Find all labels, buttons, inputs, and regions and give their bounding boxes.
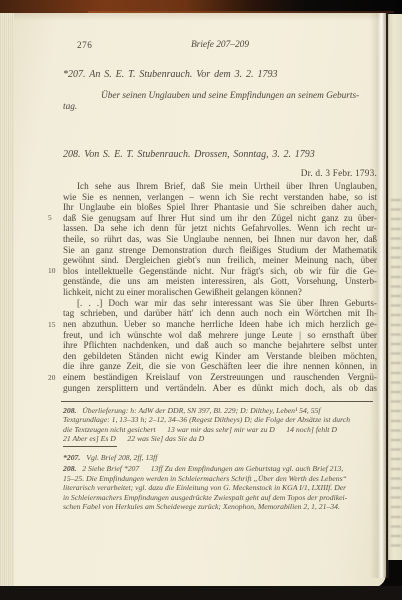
book-cover-bottom-strip: [0, 586, 402, 600]
letter-207-heading: *207. An S. E. T. Stubenrauch. Vor dem 3…: [63, 69, 277, 80]
body-line: freut, und ich wünschte wol daß mehrere …: [63, 330, 377, 341]
letter-body: Ich sehe aus Ihrem Brief, daß Sie mein U…: [63, 181, 377, 393]
line-number: 10: [48, 266, 60, 276]
footnote-separator: [63, 446, 117, 447]
body-line: 20einem beständigen Kreislauf von Zerstr…: [63, 372, 377, 383]
footnote-208-line: literarisch verarbeitet; vgl. dazu die E…: [63, 483, 385, 493]
body-line: genstände, die uns am meisten interessir…: [63, 276, 377, 287]
body-line: lassen. Da sehe ich denn für jetzt nicht…: [63, 223, 377, 234]
apparatus-line-label: 208.: [63, 406, 82, 415]
apparatus-rule: [61, 401, 373, 402]
line-number: 5: [48, 213, 60, 223]
book-page: 276 Briefe 207–209 *207. An S. E. T. Stu…: [14, 12, 386, 588]
footnote-208-line: in Schleiermachers Empfindungen ausgedrü…: [63, 493, 385, 503]
apparatus-line: 21 Aber es] Es D 22 was Sie] das Sie da …: [63, 434, 385, 443]
footnote-208-line: 208. 2 Siehe Brief *207 13ff Zu den Empf…: [63, 464, 385, 474]
line-number: 20: [48, 373, 60, 383]
letter-208-dateline: Dr. d. 3 Febr. 1793.: [63, 169, 377, 179]
body-line: die ihre ganze Zeit, die sie von Geschäf…: [63, 361, 377, 372]
apparatus-line: die Textzeugen nicht gesichert 13 war mi…: [63, 425, 385, 434]
gutter-shadow: [370, 12, 389, 578]
body-line: 10blos intellektuelle Gegenstände nicht.…: [63, 266, 377, 277]
apparatus-block: 208. Überlieferung: h: AdW der DDR, SN 3…: [63, 406, 385, 444]
book-cover-top-strip: [0, 0, 402, 13]
letter-207-summary: Über seinen Unglauben und seine Empfindu…: [63, 91, 377, 113]
body-line: ihre Pflichten nachdenken, und daß auch …: [63, 340, 377, 351]
line-number: 15: [48, 320, 60, 330]
footnote-208-line-label: 208.: [63, 464, 82, 473]
apparatus-line: Textgrundlage: 1, 13–33 h; 2–12, 34–36 (…: [63, 415, 385, 424]
body-line: wie Sie es nennen, verlangen – wenn ich …: [63, 192, 377, 203]
running-head: Briefe 207–209: [63, 40, 377, 50]
footnote-207: *207.Vgl. Brief 208, 2ff, 13ff: [63, 453, 157, 462]
body-line: gewöhnt sind. Dergleichen giebt's nun fr…: [63, 255, 377, 266]
body-line: Ich sehe aus Ihrem Brief, daß Sie mein U…: [63, 181, 377, 192]
body-line: 5daß Sie genugsam auf Ihrer Hut sind um …: [63, 213, 377, 224]
body-line: gungen zersplittern und vertändeln. Aber…: [63, 383, 377, 394]
footnote-207-label: *207.: [63, 453, 80, 462]
footnote-208-line: schen Fabel von Herkules am Scheidewege …: [63, 502, 385, 512]
body-line: [. . .] Doch war mir das sehr interessan…: [63, 298, 377, 309]
body-line: lichkeit, nicht zu einer moralischen Gew…: [63, 287, 377, 298]
body-line: 15nen abzuthun. Ueber so manche herrlich…: [63, 319, 377, 330]
body-line: tag schrieben, und darüber hätt' ich den…: [63, 308, 377, 319]
footnote-208: 208. 2 Siehe Brief *207 13ff Zu den Empf…: [63, 464, 385, 512]
facing-page-edge: [388, 14, 402, 560]
body-line: theile, so rührt das, was Sie Unglaube n…: [63, 234, 377, 245]
footnote-208-line: 15–25. Die Empfindungen werden in Schlei…: [63, 474, 385, 484]
body-line: den gebildeten Ständen nicht ewig Kinder…: [63, 351, 377, 362]
body-line: Sie an ganz strenge Demonstration durch …: [63, 245, 377, 256]
letter-208-heading: 208. Von S. E. T. Stubenrauch. Drossen, …: [63, 149, 315, 160]
book-photo: 276 Briefe 207–209 *207. An S. E. T. Stu…: [0, 0, 402, 600]
facing-page-text-blur: [391, 199, 401, 551]
summary-line-2: tag.: [63, 102, 377, 113]
body-line: Ihr Unglaube ein bloßes Spiel Ihrer Phan…: [63, 202, 377, 213]
footnote-207-text: Vgl. Brief 208, 2ff, 13ff: [86, 453, 157, 462]
summary-line-1: Über seinen Unglauben und seine Empfindu…: [63, 91, 377, 102]
apparatus-line: 208. Überlieferung: h: AdW der DDR, SN 3…: [63, 406, 385, 415]
